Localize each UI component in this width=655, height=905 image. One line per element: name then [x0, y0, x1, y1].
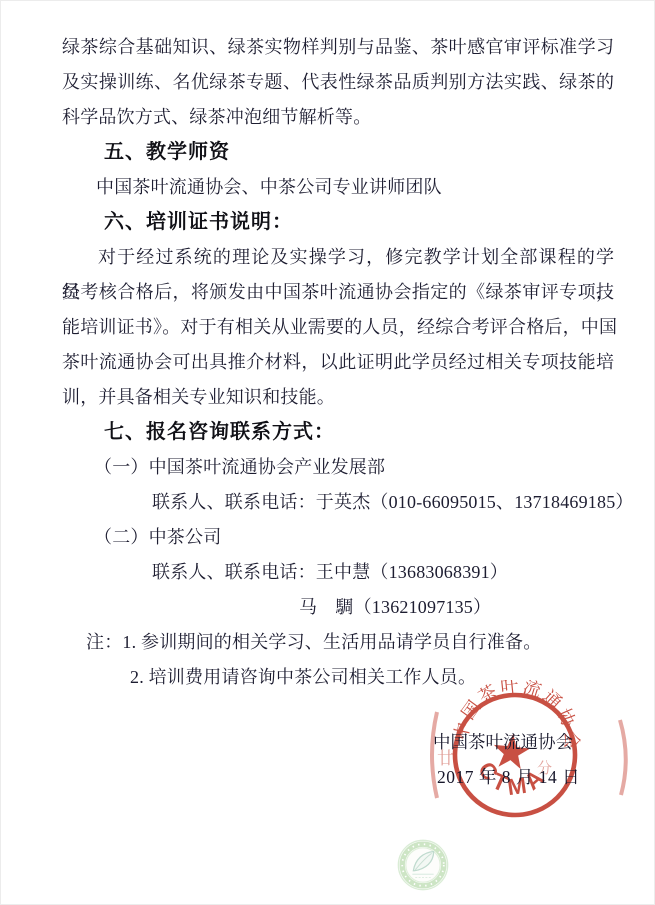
contact-line: 联系人、联系电话：王中慧（13683068391） [62, 555, 614, 590]
section-heading-five: 五、教学师资 [62, 135, 614, 170]
paragraph-line: 科学品饮方式、绿茶冲泡细节解析等。 [62, 100, 614, 135]
note-line-1: 注：1. 参训期间的相关学习、生活用品请学员自行准备。 [62, 625, 614, 660]
leaf-watermark [394, 836, 452, 894]
section-heading-six: 六、培训证书说明： [62, 205, 614, 240]
seal-ghost-arc-right [620, 720, 626, 795]
signature-date: 2017 年 8 月 14 日 [437, 760, 580, 795]
org-item-one: （一）中国茶叶流通协会产业发展部 [62, 450, 614, 485]
paragraph-line: 训，并具备相关专业知识和技能。 [62, 380, 614, 415]
paragraph-line: 对于经过系统的理论及实操学习，修完教学计划全部课程的学员， [62, 240, 614, 275]
paragraph-line: 能培训证书》。对于有相关从业需要的人员，经综合考评合格后，中国 [62, 310, 614, 345]
org-item-two: （二）中茶公司 [62, 520, 614, 555]
paragraph-line: 及实操训练、名优绿茶专题、代表性绿茶品质判别方法实践、绿茶的 [62, 65, 614, 100]
faculty-line: 中国茶叶流通协会、中茶公司专业讲师团队 [62, 170, 614, 205]
paragraph-line: 绿茶综合基础知识、绿茶实物样判别与品鉴、茶叶感官审评标准学习 [62, 30, 614, 65]
body-text: 绿茶综合基础知识、绿茶实物样判别与品鉴、茶叶感官审评标准学习 及实操训练、名优绿… [62, 30, 614, 695]
signature-org: 中国茶叶流通协会 [433, 725, 573, 760]
paragraph-line: 经考核合格后，将颁发由中国茶叶流通协会指定的《绿茶审评专项技 [62, 275, 614, 310]
section-heading-seven: 七、报名咨询联系方式： [62, 415, 614, 450]
paragraph-line: 茶叶流通协会可出具推介材料，以此证明此学员经过相关专项技能培 [62, 345, 614, 380]
contact-line: 马 騆（13621097135） [62, 590, 614, 625]
contact-line: 联系人、联系电话：于英杰（010-66095015、13718469185） [62, 485, 614, 520]
document-page: 绿茶综合基础知识、绿茶实物样判别与品鉴、茶叶感官审评标准学习 及实操训练、名优绿… [0, 0, 655, 905]
